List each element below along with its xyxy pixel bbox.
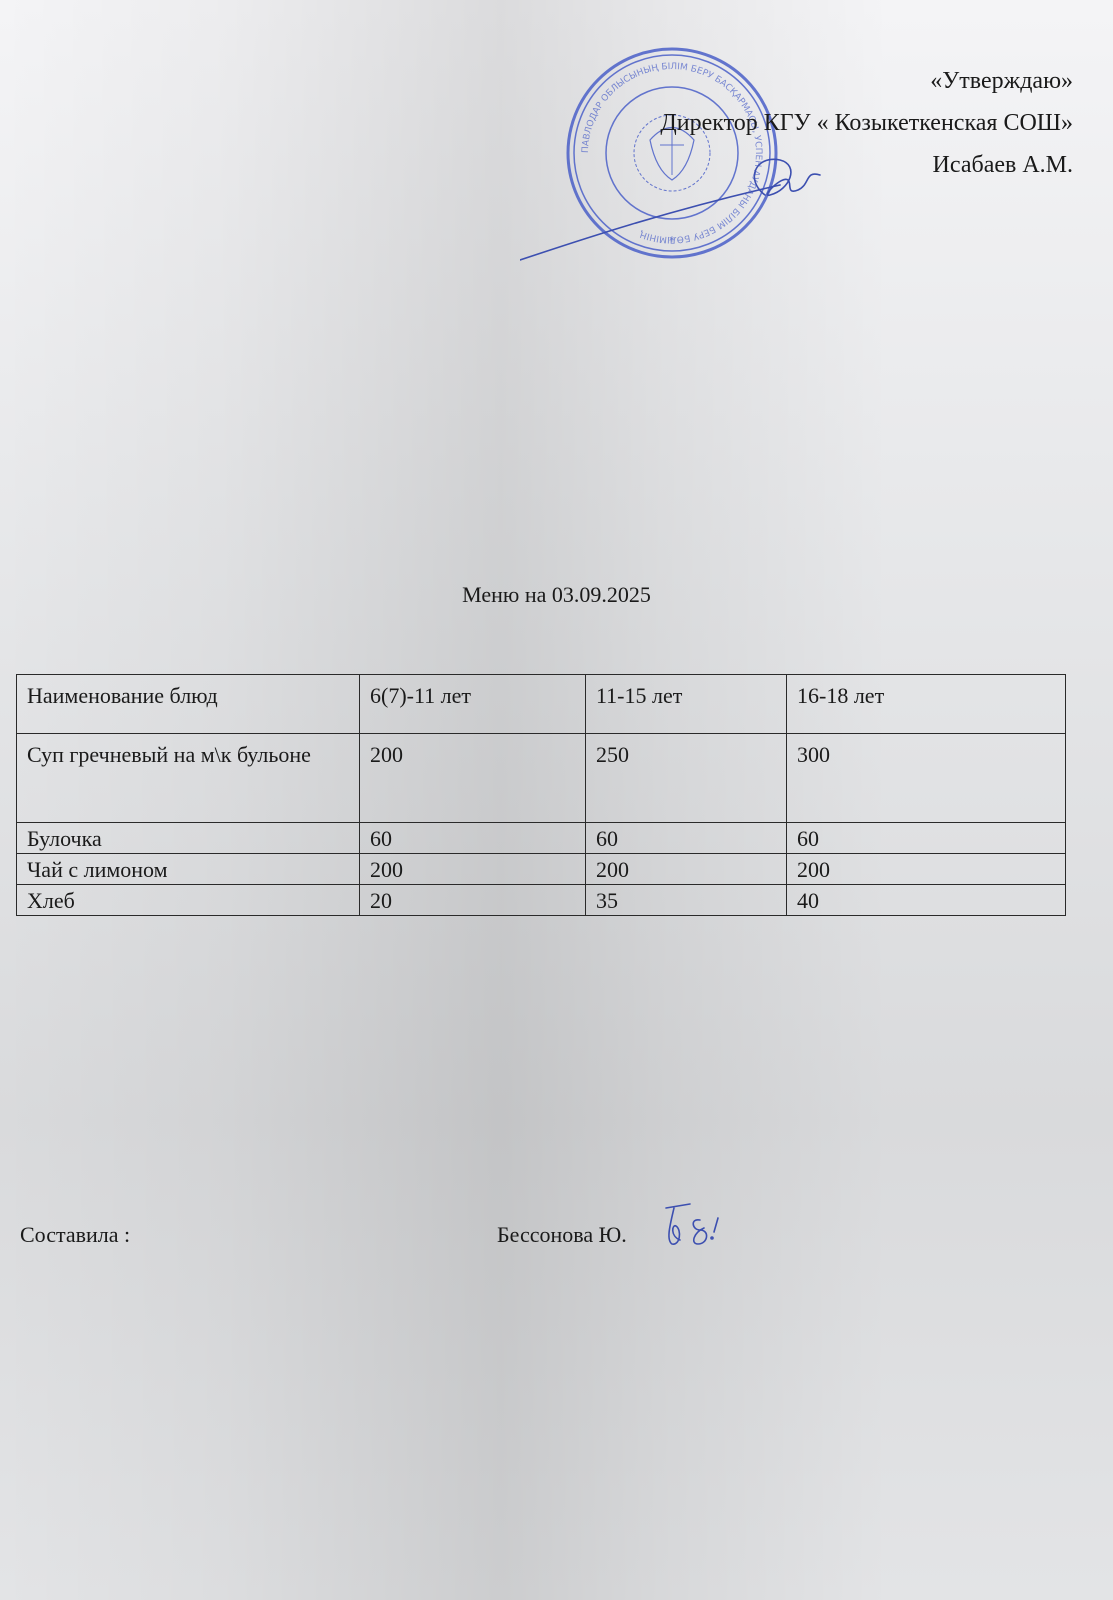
dish-name: Булочка: [17, 823, 360, 854]
portion-6-11: 60: [360, 823, 586, 854]
header-cell-age-11-15: 11-15 лет: [586, 675, 787, 734]
dish-name: Хлеб: [17, 885, 360, 916]
portion-6-11: 20: [360, 885, 586, 916]
compiler-signature-icon: [660, 1200, 740, 1250]
table-row: Чай с лимоном 200 200 200: [17, 854, 1066, 885]
portion-6-11: 200: [360, 854, 586, 885]
table-row: Суп гречневый на м\к бульоне 200 250 300: [17, 734, 1066, 823]
portion-16-18: 40: [787, 885, 1066, 916]
menu-table: Наименование блюд 6(7)-11 лет 11-15 лет …: [16, 674, 1066, 916]
portion-16-18: 300: [787, 734, 1066, 823]
table-row: Хлеб 20 35 40: [17, 885, 1066, 916]
approval-name: Исабаев А.М.: [660, 144, 1073, 186]
approval-position: Директор КГУ « Козыкеткенская СОШ»: [660, 102, 1073, 144]
page-title: Меню на 03.09.2025: [0, 582, 1113, 608]
header-cell-dish: Наименование блюд: [17, 675, 360, 734]
portion-11-15: 35: [586, 885, 787, 916]
portion-16-18: 200: [787, 854, 1066, 885]
dish-name: Суп гречневый на м\к бульоне: [17, 734, 360, 823]
portion-11-15: 60: [586, 823, 787, 854]
compiled-by-name: Бессонова Ю.: [497, 1222, 627, 1248]
table-header-row: Наименование блюд 6(7)-11 лет 11-15 лет …: [17, 675, 1066, 734]
dish-name: Чай с лимоном: [17, 854, 360, 885]
header-cell-age-16-18: 16-18 лет: [787, 675, 1066, 734]
table-row: Булочка 60 60 60: [17, 823, 1066, 854]
compiled-label: Составила :: [20, 1222, 130, 1248]
header-cell-age-6-11: 6(7)-11 лет: [360, 675, 586, 734]
approval-block: «Утверждаю» Директор КГУ « Козыкеткенска…: [660, 60, 1073, 186]
portion-16-18: 60: [787, 823, 1066, 854]
portion-11-15: 250: [586, 734, 787, 823]
portion-11-15: 200: [586, 854, 787, 885]
portion-6-11: 200: [360, 734, 586, 823]
approval-heading: «Утверждаю»: [660, 60, 1073, 102]
